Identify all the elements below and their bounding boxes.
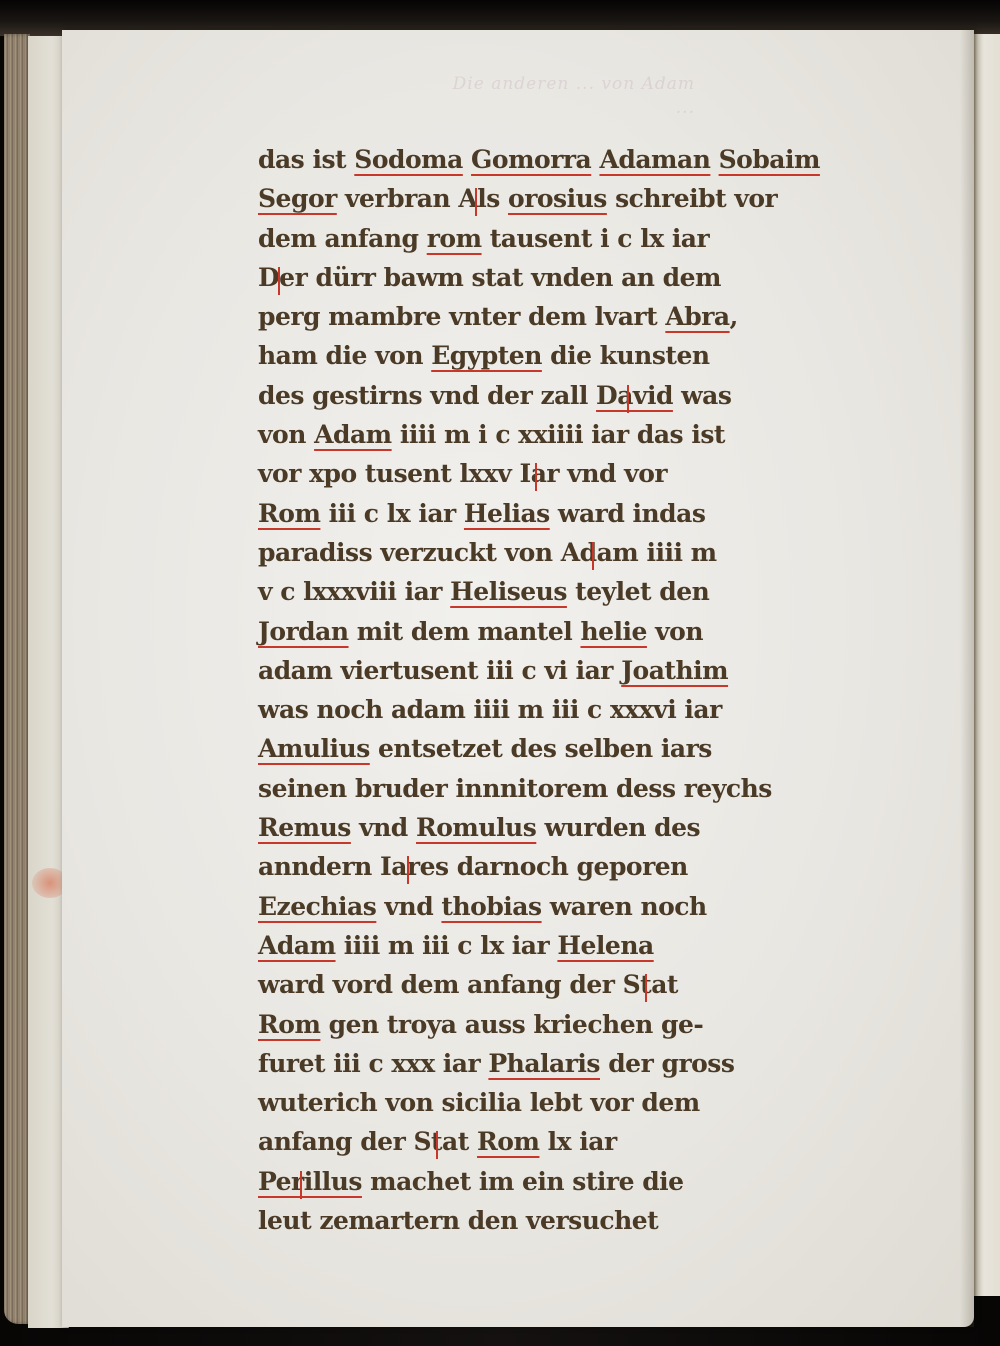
text-segment xyxy=(469,1127,477,1156)
text-segment: des gestirns vnd der zall xyxy=(258,381,596,410)
text-segment: waren noch xyxy=(542,892,707,921)
text-segment: ward indas xyxy=(550,499,706,528)
text-segment: von xyxy=(647,617,703,646)
manuscript-line: Ezechias vnd thobias waren noch xyxy=(258,887,898,926)
text-segment: leut zemartern den versuchet xyxy=(258,1206,658,1235)
rubricated-word: Rom xyxy=(477,1127,539,1156)
rubricated-initial: Stat xyxy=(623,970,678,999)
manuscript-line: v c lxxxviii iar Heliseus teylet den xyxy=(258,572,898,611)
manuscript-line: perg mambre vnter dem lvart Abra, xyxy=(258,297,898,336)
manuscript-line: furet iii c xxx iar Phalaris der gross xyxy=(258,1044,898,1083)
text-segment: furet iii c xxx iar xyxy=(258,1049,488,1078)
page-block-fore-edge xyxy=(4,34,30,1324)
text-segment: von xyxy=(258,420,314,449)
text-segment: , xyxy=(730,302,738,331)
manuscript-line: von Adam iiii m i c xxiiii iar das ist xyxy=(258,415,898,454)
manuscript-line: leut zemartern den versuchet xyxy=(258,1201,898,1240)
rubricated-word: Egypten xyxy=(431,341,542,370)
manuscript-line: was noch adam iiii m iii c xxxvi iar xyxy=(258,690,898,729)
text-segment: der gross xyxy=(600,1049,734,1078)
manuscript-line: Remus vnd Romulus wurden des xyxy=(258,808,898,847)
rubricated-initial: Als xyxy=(458,184,499,213)
offset-line: ... xyxy=(175,96,695,120)
rubricated-word: Adam xyxy=(314,420,392,449)
rubricated-word: thobias xyxy=(441,892,541,921)
text-segment: wurden des xyxy=(536,813,700,842)
rubricated-word: Amulius xyxy=(258,734,370,763)
text-segment: anndern xyxy=(258,852,380,881)
text-segment: vnd vor xyxy=(559,459,667,488)
text-segment: vor xpo tusent lxxv xyxy=(258,459,520,488)
rubricated-word: Adam xyxy=(258,931,336,960)
rubricated-word: Joathim xyxy=(621,656,728,685)
rubricated-word: Sodoma xyxy=(354,145,463,174)
text-segment xyxy=(500,184,508,213)
manuscript-line: anndern Iares darnoch geporen xyxy=(258,847,898,886)
rubricated-word: Abra xyxy=(665,302,729,331)
text-segment: dem anfang xyxy=(258,224,427,253)
text-segment: entsetzet des selben iars xyxy=(370,734,712,763)
rubricated-initial: Der xyxy=(258,263,307,292)
text-segment: lx iar xyxy=(539,1127,616,1156)
text-segment: iiii m iii c lx iar xyxy=(336,931,558,960)
text-segment xyxy=(710,145,718,174)
manuscript-line: das ist Sodoma Gomorra Adaman Sobaim xyxy=(258,140,898,179)
rubricated-initial: Iar xyxy=(520,459,560,488)
handwritten-text-block: das ist Sodoma Gomorra Adaman SobaimSego… xyxy=(258,140,898,1240)
rubricated-initial: Iares xyxy=(380,852,449,881)
text-segment: vnd xyxy=(351,813,416,842)
manuscript-line: Adam iiii m iii c lx iar Helena xyxy=(258,926,898,965)
text-segment: tausent i c lx iar xyxy=(482,224,710,253)
manuscript-line: anfang der Stat Rom lx iar xyxy=(258,1122,898,1161)
rubricated-word: Adaman xyxy=(599,145,710,174)
rubricated-word: Rom xyxy=(258,1010,320,1039)
manuscript-line: Rom iii c lx iar Helias ward indas xyxy=(258,494,898,533)
rubricated-word: Perillus xyxy=(258,1167,362,1196)
manuscript-line: Perillus machet im ein stire die xyxy=(258,1162,898,1201)
rubricated-word: Segor xyxy=(258,184,337,213)
text-segment: paradiss verzuckt von xyxy=(258,538,561,567)
manuscript-line: paradiss verzuckt von Adam iiii m xyxy=(258,533,898,572)
rubricated-word: Sobaim xyxy=(719,145,820,174)
facing-page-edge xyxy=(972,34,1000,1296)
text-segment: iii c lx iar xyxy=(320,499,464,528)
manuscript-line: Rom gen troya auss kriechen ge- xyxy=(258,1005,898,1044)
text-segment: darnoch geporen xyxy=(449,852,688,881)
rubricated-word: Jordan xyxy=(258,617,349,646)
rubricated-word: Gomorra xyxy=(471,145,591,174)
rubricated-word: helie xyxy=(580,617,646,646)
rubricated-word: David xyxy=(596,381,673,410)
manuscript-line: ward vord dem anfang der Stat xyxy=(258,965,898,1004)
rubricated-word: Phalaris xyxy=(488,1049,600,1078)
manuscript-line: ham die von Egypten die kunsten xyxy=(258,336,898,375)
manuscript-line: Amulius entsetzet des selben iars xyxy=(258,729,898,768)
rubricated-word: Helias xyxy=(464,499,550,528)
text-segment: v c lxxxviii iar xyxy=(258,577,450,606)
text-segment: seinen bruder innnitorem dess reychs xyxy=(258,774,772,803)
text-segment: gen troya auss kriechen ge- xyxy=(320,1010,703,1039)
text-segment: verbran xyxy=(337,184,459,213)
rubricated-word: Ezechias xyxy=(258,892,376,921)
text-segment: dürr bawm stat vnden an dem xyxy=(307,263,721,292)
text-segment: iiii m xyxy=(638,538,716,567)
text-segment: das ist xyxy=(258,145,354,174)
rubricated-word: Helena xyxy=(557,931,653,960)
text-segment: schreibt vor xyxy=(607,184,777,213)
text-segment: adam viertusent iii c vi iar xyxy=(258,656,621,685)
offset-bleedthrough-text: Die anderen ... von Adam ... xyxy=(175,72,695,120)
manuscript-line: wuterich von sicilia lebt vor dem xyxy=(258,1083,898,1122)
text-segment: teylet den xyxy=(567,577,709,606)
manuscript-line: dem anfang rom tausent i c lx iar xyxy=(258,219,898,258)
text-segment: wuterich von sicilia lebt vor dem xyxy=(258,1088,700,1117)
offset-line: Die anderen ... von Adam xyxy=(175,72,695,96)
text-segment: vnd xyxy=(376,892,441,921)
rubricated-word: orosius xyxy=(508,184,607,213)
manuscript-line: Segor verbran Als orosius schreibt vor xyxy=(258,179,898,218)
rubricated-word: Heliseus xyxy=(450,577,567,606)
text-segment: was noch adam iiii m iii c xxxvi iar xyxy=(258,695,722,724)
text-segment: iiii m i c xxiiii iar das ist xyxy=(392,420,725,449)
text-segment: perg mambre vnter dem lvart xyxy=(258,302,665,331)
text-segment: anfang der xyxy=(258,1127,413,1156)
text-segment: die kunsten xyxy=(542,341,710,370)
text-segment: was xyxy=(673,381,732,410)
rubricated-word: Rom xyxy=(258,499,320,528)
text-segment: mit dem mantel xyxy=(349,617,581,646)
manuscript-line: seinen bruder innnitorem dess reychs xyxy=(258,769,898,808)
text-segment: ham die von xyxy=(258,341,431,370)
rubricated-initial: Stat xyxy=(413,1127,468,1156)
text-segment: machet im ein stire die xyxy=(362,1167,684,1196)
rubricated-initial: Adam xyxy=(561,538,639,567)
rubricated-word: Romulus xyxy=(416,813,536,842)
manuscript-line: des gestirns vnd der zall David was xyxy=(258,376,898,415)
text-segment xyxy=(463,145,471,174)
manuscript-line: adam viertusent iii c vi iar Joathim xyxy=(258,651,898,690)
text-segment: ward vord dem anfang der xyxy=(258,970,623,999)
manuscript-line: Der dürr bawm stat vnden an dem xyxy=(258,258,898,297)
manuscript-line: vor xpo tusent lxxv Iar vnd vor xyxy=(258,454,898,493)
rubricated-word: Remus xyxy=(258,813,351,842)
manuscript-line: Jordan mit dem mantel helie von xyxy=(258,612,898,651)
rubricated-word: rom xyxy=(427,224,482,253)
